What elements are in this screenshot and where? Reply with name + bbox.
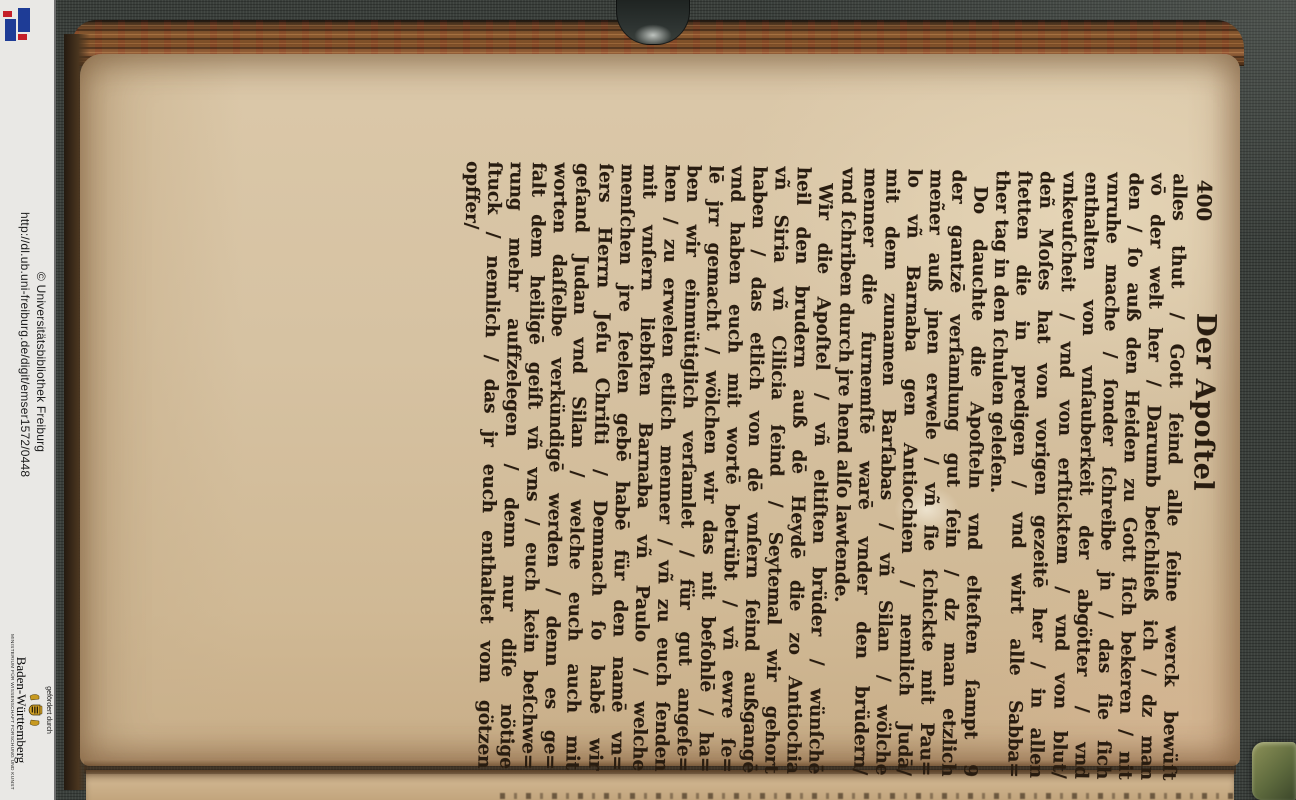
funding-logo: gefördert durch Baden-Württemberg MINIST… (6, 634, 52, 786)
ub-logo-red-bar-icon (18, 34, 27, 40)
page-number: 400 (1194, 180, 1215, 221)
ub-logo-blue-bar-icon (5, 19, 16, 41)
next-page-text-bleed (500, 793, 1240, 799)
watermark-strip: http://dl.ub.uni-freiburg.de/digit/emser… (0, 0, 56, 800)
digitized-book-scan: 400 Der Apoſtel alles thut / Gott ſeind … (0, 0, 1296, 800)
baden-wuerttemberg-crest-icon (28, 634, 44, 786)
running-title: Der Apoſtel (1189, 313, 1219, 491)
page-text-block: 400 Der Apoſtel alles thut / Gott ſeind … (454, 161, 1234, 781)
watermark-url: http://dl.ub.uni-freiburg.de/digit/emser… (18, 212, 32, 477)
watermark-copyright: © Universitätsbibliothek Freiburg (34, 272, 48, 452)
funding-state-label: Baden-Württemberg (14, 634, 28, 786)
funding-ministry-label: MINISTERIUM FÜR WISSENSCHAFT FORSCHUNG U… (8, 634, 14, 786)
book-clasp-fitting-icon (1252, 742, 1296, 800)
ub-logo-red-bar-icon (3, 11, 12, 17)
funding-tagline: gefördert durch (44, 634, 52, 786)
ub-logo-blue-bar-icon (18, 8, 30, 32)
